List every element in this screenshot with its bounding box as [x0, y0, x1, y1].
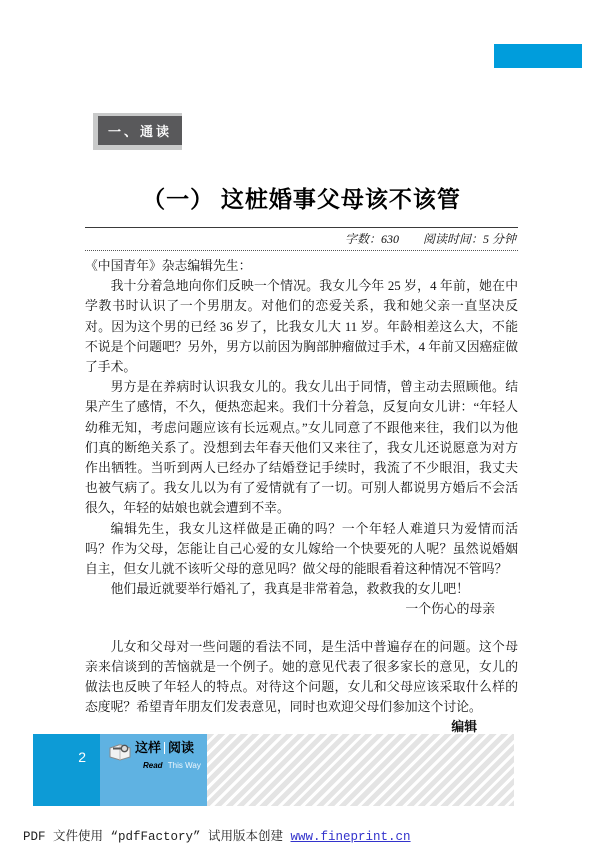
logo-text-column: 这样 阅读 Read This Way [135, 741, 201, 773]
logo-box: 这样 阅读 Read This Way [100, 734, 207, 806]
pdf-notice-text: PDF 文件使用 “pdfFactory” 试用版本创建 [23, 830, 291, 844]
lesson-title: （一） 这桩婚事父母该不该管 [85, 181, 518, 214]
section-label-shadow: 一、通读 [93, 113, 182, 150]
footer-band: 2 这样 阅读 [0, 734, 600, 806]
letter-paragraph: 我十分着急地向你们反映一个情况。我女儿今年 25 岁，4 年前，她在中学教书时认… [85, 276, 518, 377]
header-accent-block [494, 44, 582, 68]
page-number-box: 2 [33, 734, 100, 806]
letter-paragraph: 男方是在养病时认识我女儿的。我女儿出于同情，曾主动去照顾他。结果产生了感情，不久… [85, 377, 518, 518]
logo-cn-right: 阅读 [168, 741, 194, 755]
stripe-pattern [207, 734, 514, 806]
letter-salutation: 《中国青年》杂志编辑先生： [85, 256, 518, 276]
editor-note-paragraph: 儿女和父母对一些问题的看法不同，是生活中普遍存在的问题。这个母亲来信谈到的苦恼就… [85, 637, 518, 718]
section-label: 一、通读 [98, 116, 182, 145]
letter-signature: 一个伤心的母亲 [85, 599, 518, 619]
fineprint-link[interactable]: www.fineprint.cn [291, 830, 411, 844]
letter-body: 《中国青年》杂志编辑先生： 我十分着急地向你们反映一个情况。我女儿今年 25 岁… [85, 256, 518, 738]
meta-bar: 字数：630阅读时间：5 分钟 [85, 227, 518, 251]
word-count: 字数：630 [345, 232, 399, 246]
textbook-page: 一、通读 （一） 这桩婚事父母该不该管 字数：630阅读时间：5 分钟 《中国青… [0, 0, 600, 849]
logo-cn-left: 这样 [135, 741, 161, 755]
letter-paragraph: 他们最近就要举行婚礼了，我真是非常着急，救救我的女儿吧！ [85, 579, 518, 599]
logo-text-cn: 这样 阅读 [135, 741, 201, 755]
read-this-way-logo: 这样 阅读 Read This Way [100, 734, 207, 773]
logo-text-en: Read This Way [135, 761, 201, 770]
logo-en-read: Read [143, 761, 163, 770]
pdf-factory-notice: PDF 文件使用 “pdfFactory” 试用版本创建 www.finepri… [23, 826, 411, 844]
logo-divider [164, 742, 165, 754]
book-magnifier-icon [107, 741, 133, 766]
letter-paragraph: 编辑先生，我女儿这样做是正确的吗？一个年轻人难道只为爱情而活吗？作为父母，怎能让… [85, 519, 518, 580]
reading-time: 阅读时间：5 分钟 [423, 232, 516, 246]
page-number: 2 [78, 749, 86, 765]
logo-en-thisway: This Way [168, 761, 201, 770]
